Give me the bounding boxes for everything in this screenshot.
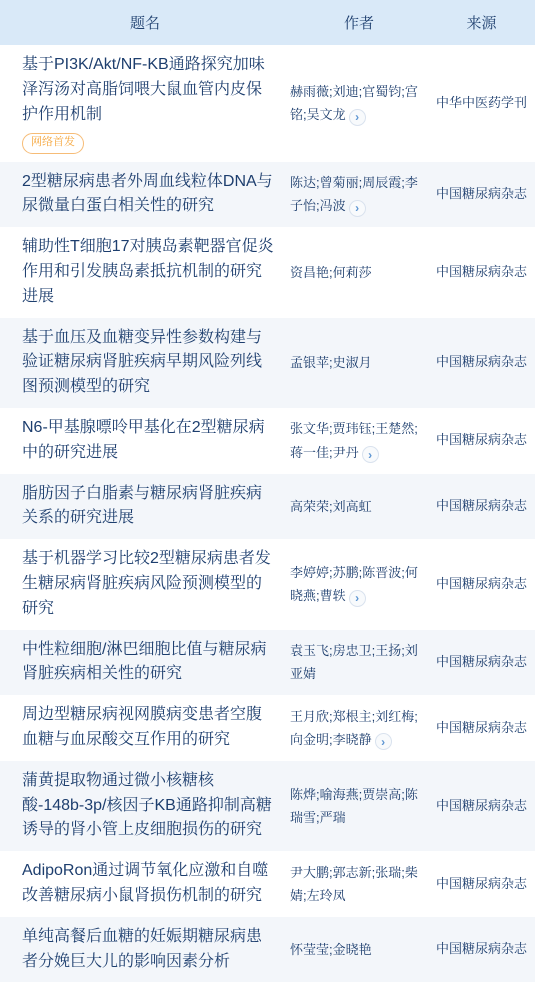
article-source[interactable]: 中国糖尿病杂志 (428, 496, 535, 517)
article-source[interactable]: 中国糖尿病杂志 (428, 652, 535, 673)
article-title-cell: 基于血压及血糖变异性参数构建与验证糖尿病肾脏疾病早期风险列线图预测模型的研究 (0, 326, 290, 400)
article-authors[interactable]: 高荣荣;刘高虹 (290, 499, 372, 514)
article-title[interactable]: 脂肪因子白脂素与糖尿病肾脏疾病关系的研究进展 (22, 482, 274, 532)
chevron-right-icon[interactable]: › (349, 109, 366, 126)
article-source[interactable]: 中华中医药学刊 (428, 93, 535, 114)
article-source[interactable]: 中国糖尿病杂志 (428, 430, 535, 451)
article-source[interactable]: 中国糖尿病杂志 (428, 796, 535, 817)
article-authors-cell: 怀莹莹;金晓艳› (290, 938, 428, 961)
article-title-cell: 辅助性T细胞17对胰岛素靶器官促炎作用和引发胰岛素抵抗机制的研究进展 (0, 235, 290, 309)
table-row[interactable]: 基于血压及血糖变异性参数构建与验证糖尿病肾脏疾病早期风险列线图预测模型的研究 孟… (0, 318, 535, 408)
article-title[interactable]: 周边型糖尿病视网膜病变患者空腹血糖与血尿酸交互作用的研究 (22, 703, 274, 753)
article-title[interactable]: 基于PI3K/Akt/NF-ΚB通路探究加味泽泻汤对高脂饲喂大鼠血管内皮保护作用… (22, 53, 274, 127)
article-title[interactable]: 辅助性T细胞17对胰岛素靶器官促炎作用和引发胰岛素抵抗机制的研究进展 (22, 235, 274, 309)
article-authors[interactable]: 尹大鹏;郭志新;张瑞;柴婧;左玲凤 (290, 865, 418, 903)
article-authors-cell: 孟银苹;史淑月› (290, 351, 428, 374)
article-title[interactable]: 基于血压及血糖变异性参数构建与验证糖尿病肾脏疾病早期风险列线图预测模型的研究 (22, 326, 274, 400)
article-source[interactable]: 中国糖尿病杂志 (428, 718, 535, 739)
article-title[interactable]: 基于机器学习比较2型糖尿病患者发生糖尿病肾脏疾病风险预测模型的研究 (22, 547, 274, 621)
article-title-cell: AdipoRon通过调节氧化应激和自噬改善糖尿病小鼠肾损伤机制的研究 (0, 859, 290, 909)
article-authors-cell: 陈达;曾菊丽;周辰霞;李子怡;冯波› (290, 171, 428, 218)
table-row[interactable]: 中性粒细胞/淋巴细胞比值与糖尿病肾脏疾病相关性的研究 袁玉飞;房忠卫;王扬;刘亚… (0, 630, 535, 696)
article-authors[interactable]: 怀莹莹;金晓艳 (290, 942, 372, 957)
article-source[interactable]: 中国糖尿病杂志 (428, 262, 535, 283)
article-title-cell: N6-甲基腺嘌呤甲基化在2型糖尿病中的研究进展 (0, 416, 290, 466)
table-row[interactable]: AdipoRon通过调节氧化应激和自噬改善糖尿病小鼠肾损伤机制的研究 尹大鹏;郭… (0, 851, 535, 917)
article-title-cell: 基于PI3K/Akt/NF-ΚB通路探究加味泽泻汤对高脂饲喂大鼠血管内皮保护作用… (0, 53, 290, 154)
article-authors[interactable]: 孟银苹;史淑月 (290, 355, 372, 370)
article-title-cell: 单纯高餐后血糖的妊娠期糖尿病患者分娩巨大儿的影响因素分析 (0, 925, 290, 975)
badge-row: 网络首发 (22, 127, 274, 153)
table-row[interactable]: N6-甲基腺嘌呤甲基化在2型糖尿病中的研究进展 张文华;贾玮钰;王楚然;蒋一佳;… (0, 408, 535, 474)
article-source[interactable]: 中国糖尿病杂志 (428, 939, 535, 960)
article-authors-cell: 陈烨;喻海燕;贾崇高;陈瑞雪;严瑞› (290, 783, 428, 830)
article-source[interactable]: 中国糖尿病杂志 (428, 352, 535, 373)
article-authors-cell: 张文华;贾玮钰;王楚然;蒋一佳;尹丹› (290, 417, 428, 464)
column-header-authors[interactable]: 作者 (290, 12, 428, 33)
article-source[interactable]: 中国糖尿病杂志 (428, 574, 535, 595)
article-title[interactable]: 中性粒细胞/淋巴细胞比值与糖尿病肾脏疾病相关性的研究 (22, 638, 274, 688)
article-source[interactable]: 中国糖尿病杂志 (428, 184, 535, 205)
chevron-right-icon[interactable]: › (349, 590, 366, 607)
article-authors-cell: 王月欣;郑根主;刘红梅;向金明;李晓静› (290, 705, 428, 752)
search-results-table: 题名 作者 来源 基于PI3K/Akt/NF-ΚB通路探究加味泽泻汤对高脂饲喂大… (0, 0, 535, 982)
table-row[interactable]: 基于PI3K/Akt/NF-ΚB通路探究加味泽泻汤对高脂饲喂大鼠血管内皮保护作用… (0, 45, 535, 162)
article-authors[interactable]: 王月欣;郑根主;刘红梅;向金明;李晓静 (290, 709, 418, 747)
chevron-right-icon[interactable]: › (349, 200, 366, 217)
chevron-right-icon[interactable]: › (375, 733, 392, 750)
chevron-right-icon[interactable]: › (362, 446, 379, 463)
article-title[interactable]: AdipoRon通过调节氧化应激和自噬改善糖尿病小鼠肾损伤机制的研究 (22, 859, 274, 909)
column-header-title[interactable]: 题名 (0, 12, 290, 33)
article-authors-cell: 高荣荣;刘高虹› (290, 495, 428, 518)
table-row[interactable]: 基于机器学习比较2型糖尿病患者发生糖尿病肾脏疾病风险预测模型的研究 李婷婷;苏鹏… (0, 539, 535, 629)
article-authors-cell: 赫雨薇;刘迪;官蜀钧;宫铭;吴文龙› (290, 80, 428, 127)
article-title-cell: 蒲黄提取物通过微小核糖核酸-148b-3p/核因子ΚB通路抑制高糖诱导的肾小管上… (0, 769, 290, 843)
article-title-cell: 基于机器学习比较2型糖尿病患者发生糖尿病肾脏疾病风险预测模型的研究 (0, 547, 290, 621)
table-row[interactable]: 辅助性T细胞17对胰岛素靶器官促炎作用和引发胰岛素抵抗机制的研究进展 资昌艳;何… (0, 227, 535, 317)
article-title[interactable]: 单纯高餐后血糖的妊娠期糖尿病患者分娩巨大儿的影响因素分析 (22, 925, 274, 975)
article-authors-cell: 尹大鹏;郭志新;张瑞;柴婧;左玲凤› (290, 861, 428, 908)
table-row[interactable]: 脂肪因子白脂素与糖尿病肾脏疾病关系的研究进展 高荣荣;刘高虹› 中国糖尿病杂志 (0, 474, 535, 540)
article-authors-cell: 李婷婷;苏鹏;陈晋波;何晓燕;曹轶› (290, 561, 428, 608)
article-authors-cell: 袁玉飞;房忠卫;王扬;刘亚婧› (290, 639, 428, 686)
article-authors[interactable]: 陈烨;喻海燕;贾崇高;陈瑞雪;严瑞 (290, 787, 418, 825)
article-title[interactable]: 蒲黄提取物通过微小核糖核酸-148b-3p/核因子ΚB通路抑制高糖诱导的肾小管上… (22, 769, 274, 843)
online-first-badge: 网络首发 (22, 133, 84, 153)
article-title-cell: 2型糖尿病患者外周血线粒体DNA与尿微量白蛋白相关性的研究 (0, 170, 290, 220)
table-header-row: 题名 作者 来源 (0, 0, 535, 45)
article-source[interactable]: 中国糖尿病杂志 (428, 874, 535, 895)
table-row[interactable]: 周边型糖尿病视网膜病变患者空腹血糖与血尿酸交互作用的研究 王月欣;郑根主;刘红梅… (0, 695, 535, 761)
results-list: 基于PI3K/Akt/NF-ΚB通路探究加味泽泻汤对高脂饲喂大鼠血管内皮保护作用… (0, 45, 535, 982)
article-authors-cell: 资昌艳;何莉莎› (290, 261, 428, 284)
article-authors[interactable]: 张文华;贾玮钰;王楚然;蒋一佳;尹丹 (290, 421, 418, 459)
article-title[interactable]: 2型糖尿病患者外周血线粒体DNA与尿微量白蛋白相关性的研究 (22, 170, 274, 220)
article-title-cell: 周边型糖尿病视网膜病变患者空腹血糖与血尿酸交互作用的研究 (0, 703, 290, 753)
table-row[interactable]: 蒲黄提取物通过微小核糖核酸-148b-3p/核因子ΚB通路抑制高糖诱导的肾小管上… (0, 761, 535, 851)
article-title-cell: 中性粒细胞/淋巴细胞比值与糖尿病肾脏疾病相关性的研究 (0, 638, 290, 688)
article-title[interactable]: N6-甲基腺嘌呤甲基化在2型糖尿病中的研究进展 (22, 416, 274, 466)
article-title-cell: 脂肪因子白脂素与糖尿病肾脏疾病关系的研究进展 (0, 482, 290, 532)
table-row[interactable]: 单纯高餐后血糖的妊娠期糖尿病患者分娩巨大儿的影响因素分析 怀莹莹;金晓艳› 中国… (0, 917, 535, 982)
article-authors[interactable]: 袁玉飞;房忠卫;王扬;刘亚婧 (290, 643, 418, 681)
article-authors[interactable]: 资昌艳;何莉莎 (290, 265, 372, 280)
table-row[interactable]: 2型糖尿病患者外周血线粒体DNA与尿微量白蛋白相关性的研究 陈达;曾菊丽;周辰霞… (0, 162, 535, 228)
column-header-source[interactable]: 来源 (428, 12, 535, 33)
